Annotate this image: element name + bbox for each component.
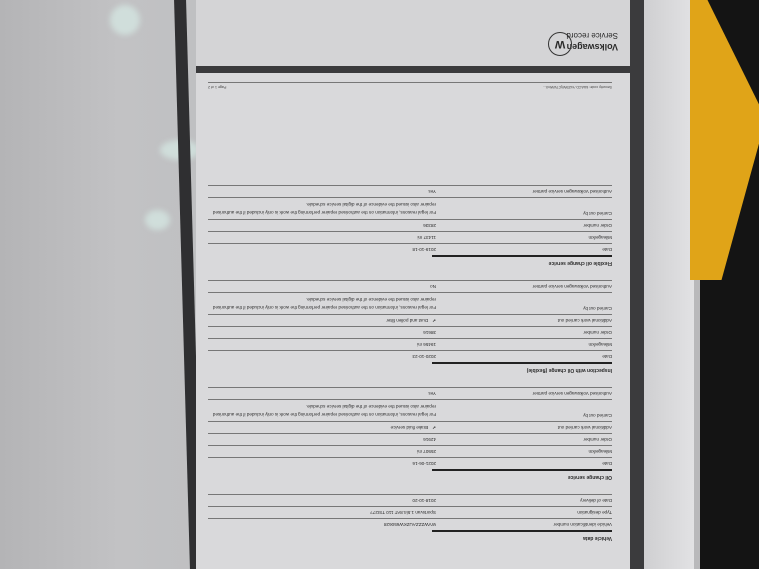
field-value-text: 2018-10-20 bbox=[413, 498, 437, 503]
field-label: Type designation bbox=[436, 509, 612, 515]
record-row: Date of delivery2018-10-20 bbox=[208, 494, 612, 506]
record-row: Carried out byFor legal reasons, informa… bbox=[208, 399, 612, 421]
field-label: Carried out by bbox=[436, 295, 612, 311]
field-value-text: For legal reasons, information on the au… bbox=[213, 202, 436, 215]
document-subtitle: Service record bbox=[566, 31, 618, 40]
field-value-text: For legal reasons, information on the au… bbox=[213, 297, 436, 310]
field-value-text: 19456 mi bbox=[417, 342, 436, 347]
record-row: Authorised Volkswagen service partnerNo bbox=[208, 280, 612, 292]
field-label: Vehicle identification number bbox=[436, 521, 612, 527]
field-value: ✔Brake fluid service bbox=[208, 424, 436, 430]
field-value: For legal reasons, information on the au… bbox=[208, 200, 436, 216]
vw-logo-icon: W bbox=[548, 32, 572, 56]
record-row: Date2021-06-16 bbox=[208, 457, 612, 469]
brand-block: Volkswagen Service record bbox=[566, 31, 618, 52]
field-value-text: 11437 mi bbox=[417, 235, 436, 240]
field-value: WVWZZZAUZKW650628 bbox=[208, 521, 436, 527]
light-glare bbox=[110, 5, 140, 35]
field-value: 25507 mi bbox=[208, 448, 436, 454]
field-value-text: 2021-06-16 bbox=[413, 461, 437, 466]
field-value-text: Brake fluid service bbox=[391, 425, 429, 430]
field-value: 2021-06-16 bbox=[208, 460, 436, 466]
field-label: Carried out by bbox=[436, 200, 612, 216]
service-record-content: Vehicle dataVehicle identification numbe… bbox=[208, 185, 612, 555]
field-label: Authorised Volkswagen service partner bbox=[436, 390, 612, 396]
field-label: Mileage/km bbox=[436, 234, 612, 240]
plastic-sleeve-right bbox=[644, 0, 694, 569]
record-row: Additional work carried out✔Dust and pol… bbox=[208, 314, 612, 326]
field-label: Authorised Volkswagen service partner bbox=[436, 188, 612, 194]
field-value: ✔Dust and pollen filter bbox=[208, 317, 436, 323]
record-row: Order number38616 bbox=[208, 326, 612, 338]
field-label: Additional work carried out bbox=[436, 424, 612, 430]
document-header: Volkswagen Service record W bbox=[196, 0, 630, 73]
service-record-page: Vehicle dataVehicle identification numbe… bbox=[196, 0, 630, 569]
field-label: Additional work carried out bbox=[436, 317, 612, 323]
field-label: Date bbox=[436, 246, 612, 252]
plastic-sleeve-left bbox=[0, 0, 200, 569]
field-value-text: 42916 bbox=[423, 437, 436, 442]
record-row: Date2019-10-18 bbox=[208, 243, 612, 255]
field-value: 2019-10-18 bbox=[208, 246, 436, 252]
record-row: Mileage/km25507 mi bbox=[208, 445, 612, 457]
field-value: Yes bbox=[208, 390, 436, 396]
field-value-text: Yes bbox=[429, 189, 437, 194]
section-title: Inspection with Oil change (flexible) bbox=[432, 362, 612, 373]
checkmark-icon: ✔ bbox=[432, 318, 436, 323]
record-row: Carried out byFor legal reasons, informa… bbox=[208, 197, 612, 219]
section-title: Flexible oil change service bbox=[432, 255, 612, 266]
record-row: Carried out byFor legal reasons, informa… bbox=[208, 292, 612, 314]
record-row: Additional work carried out✔Brake fluid … bbox=[208, 421, 612, 433]
field-value: No bbox=[208, 283, 436, 289]
brand-name: Volkswagen bbox=[566, 42, 618, 52]
field-label: Date bbox=[436, 353, 612, 359]
record-row: Mileage/km19456 mi bbox=[208, 338, 612, 350]
field-label: Date bbox=[436, 460, 612, 466]
field-label: Authorised Volkswagen service partner bbox=[436, 283, 612, 289]
field-value: 19456 mi bbox=[208, 341, 436, 347]
field-value-text: Yes bbox=[429, 391, 437, 396]
section-title: Vehicle data bbox=[432, 530, 612, 541]
field-label: Date of delivery bbox=[436, 497, 612, 503]
field-label: Carried out by bbox=[436, 402, 612, 418]
field-value-text: 2020-10-23 bbox=[413, 354, 437, 359]
field-value: 2020-10-23 bbox=[208, 353, 436, 359]
page-footer: Security code: 6AACD-YdZ5fWjC7WWvX... Pa… bbox=[208, 82, 612, 89]
field-value-text: Sportsvan 1.5l4.8AT 110 TSI27? bbox=[370, 510, 436, 515]
field-value: For legal reasons, information on the au… bbox=[208, 402, 436, 418]
checkmark-icon: ✔ bbox=[432, 425, 436, 430]
field-value-text: WVWZZZAUZKW650628 bbox=[384, 522, 436, 527]
record-row: Order number28336 bbox=[208, 219, 612, 231]
section-title: Oil change service bbox=[432, 469, 612, 480]
field-value-text: 2019-10-18 bbox=[413, 247, 437, 252]
field-value-text: For legal reasons, information on the au… bbox=[213, 404, 436, 417]
field-value-text: Dust and pollen filter bbox=[386, 318, 428, 323]
field-label: Mileage/km bbox=[436, 448, 612, 454]
field-value-text: 25507 mi bbox=[417, 449, 436, 454]
record-row: Order number42916 bbox=[208, 433, 612, 445]
paper-right-edge bbox=[630, 0, 644, 569]
record-row: Mileage/km11437 mi bbox=[208, 231, 612, 243]
page-number: Page 1 of 2 bbox=[208, 85, 226, 89]
field-label: Order number bbox=[436, 222, 612, 228]
field-label: Order number bbox=[436, 329, 612, 335]
field-value: 42916 bbox=[208, 436, 436, 442]
field-value-text: No bbox=[430, 284, 436, 289]
field-label: Order number bbox=[436, 436, 612, 442]
record-row: Authorised Volkswagen service partnerYes bbox=[208, 387, 612, 399]
record-row: Vehicle identification numberWVWZZZAUZKW… bbox=[208, 518, 612, 530]
field-value: For legal reasons, information on the au… bbox=[208, 295, 436, 311]
field-value-text: 38616 bbox=[423, 330, 436, 335]
field-value: Sportsvan 1.5l4.8AT 110 TSI27? bbox=[208, 509, 436, 515]
field-value: Yes bbox=[208, 188, 436, 194]
field-value: 2018-10-20 bbox=[208, 497, 436, 503]
field-label: Mileage/km bbox=[436, 341, 612, 347]
field-value: 11437 mi bbox=[208, 234, 436, 240]
record-row: Authorised Volkswagen service partnerYes bbox=[208, 185, 612, 197]
security-code: Security code: 6AACD-YdZ5fWjC7WWvX... bbox=[543, 85, 612, 89]
record-row: Date2020-10-23 bbox=[208, 350, 612, 362]
record-row: Type designationSportsvan 1.5l4.8AT 110 … bbox=[208, 506, 612, 518]
field-value-text: 28336 bbox=[423, 223, 436, 228]
field-value: 38616 bbox=[208, 329, 436, 335]
field-value: 28336 bbox=[208, 222, 436, 228]
light-glare bbox=[145, 210, 170, 230]
